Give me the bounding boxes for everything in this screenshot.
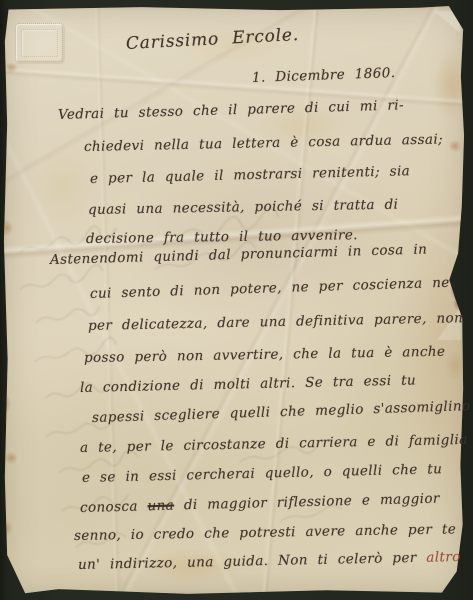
scanned-letter-page: { "scan": { "background_color": "#23271f… bbox=[0, 0, 473, 600]
embossed-stationery-seal bbox=[15, 23, 64, 63]
top-right-corner-fold bbox=[434, 11, 460, 33]
line-text: conosca bbox=[80, 498, 148, 516]
struck-out-word: una bbox=[147, 498, 174, 515]
red-ink-word: altro bbox=[426, 549, 461, 566]
